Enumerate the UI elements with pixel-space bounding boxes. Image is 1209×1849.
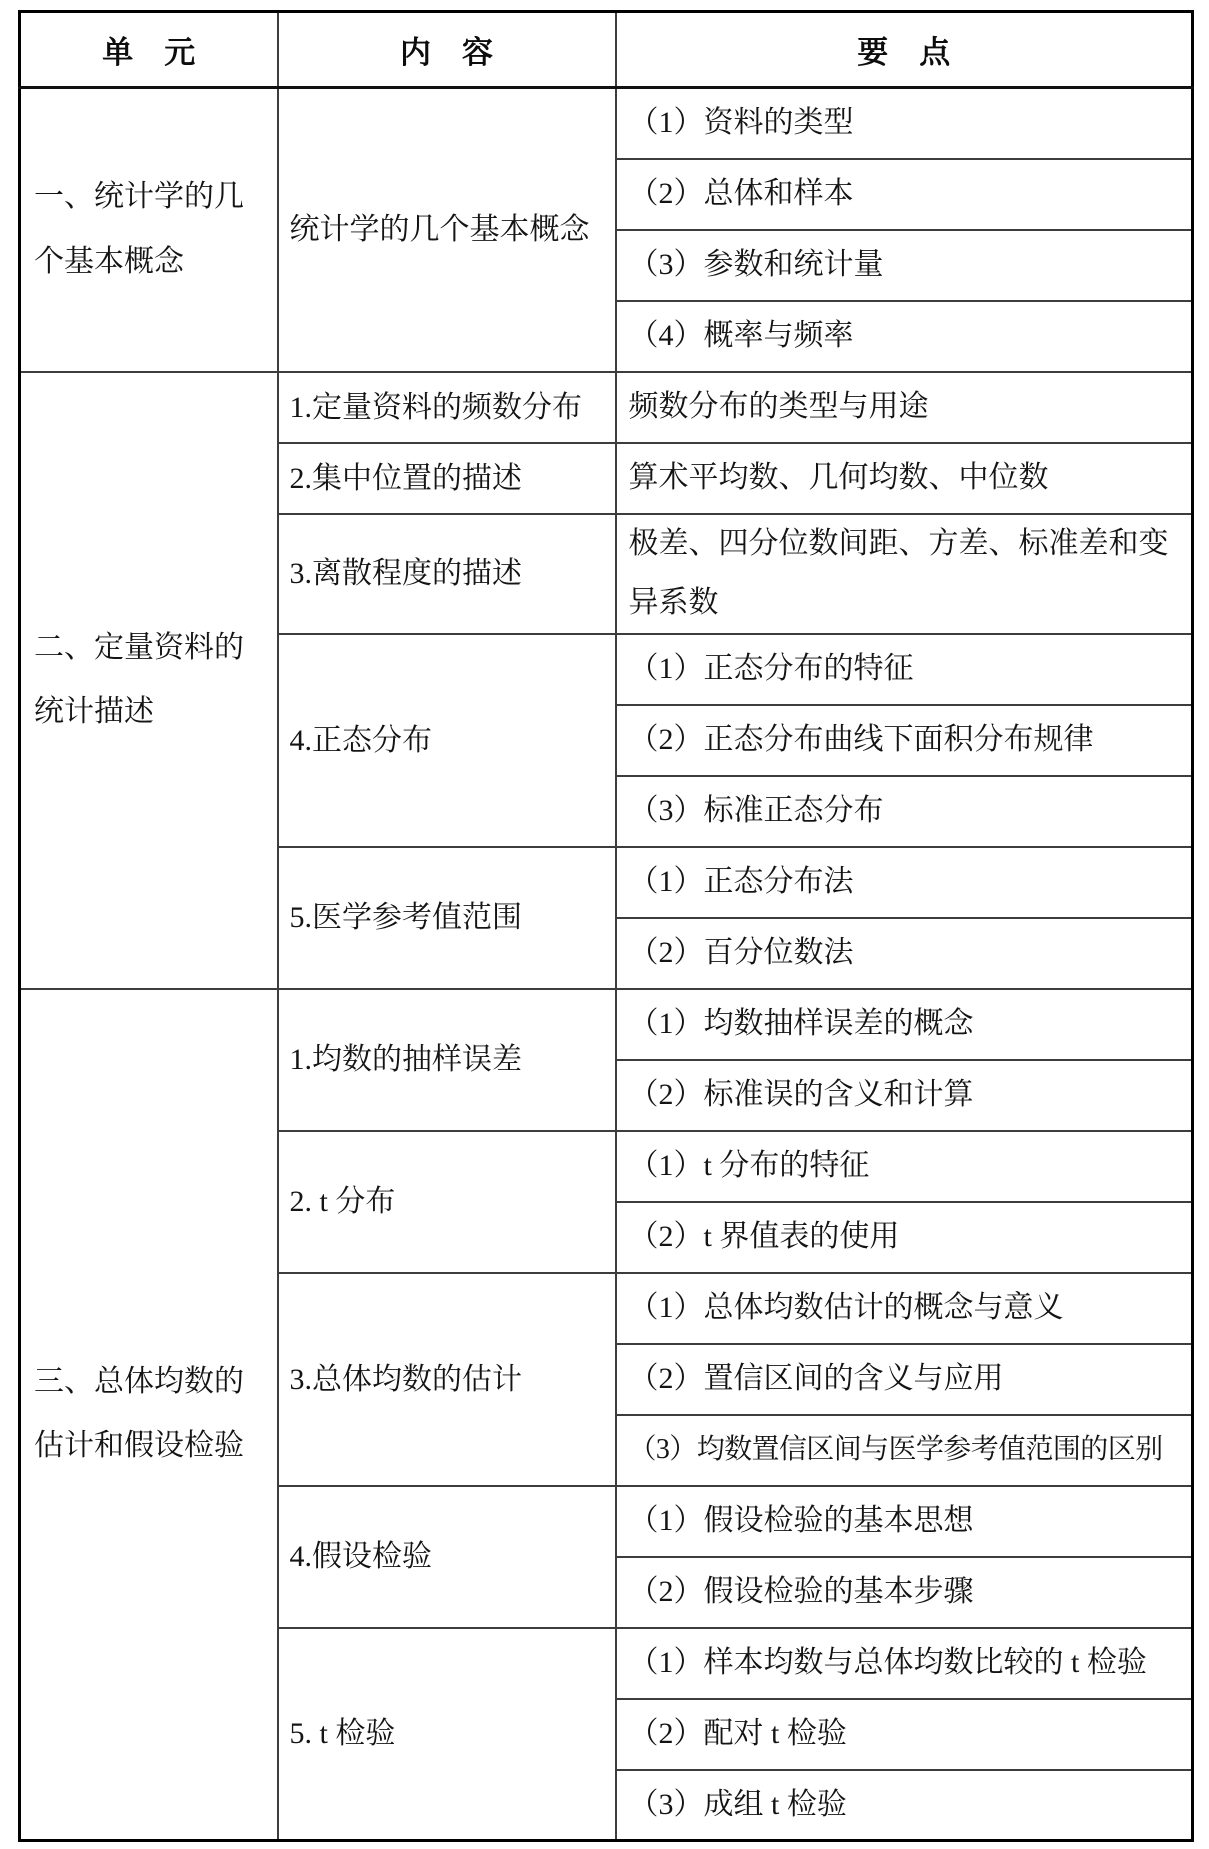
- table-row: 三、总体均数的估计和假设检验 1.均数的抽样误差 （1）均数抽样误差的概念: [20, 989, 1193, 1060]
- point-cell: （1）总体均数估计的概念与意义: [616, 1273, 1193, 1344]
- header-content: 内 容: [278, 12, 616, 88]
- point-cell: 极差、四分位数间距、方差、标准差和变异系数: [616, 514, 1193, 634]
- point-cell: （1）均数抽样误差的概念: [616, 989, 1193, 1060]
- point-cell: （2）百分位数法: [616, 918, 1193, 989]
- point-cell: （2）正态分布曲线下面积分布规律: [616, 705, 1193, 776]
- point-cell: （3）标准正态分布: [616, 776, 1193, 847]
- content-cell: 1.均数的抽样误差: [278, 989, 616, 1131]
- point-cell: （1）正态分布法: [616, 847, 1193, 918]
- point-cell: （2）配对 t 检验: [616, 1699, 1193, 1770]
- content-cell: 4.正态分布: [278, 634, 616, 847]
- content-cell: 5.医学参考值范围: [278, 847, 616, 989]
- point-cell: （2）标准误的含义和计算: [616, 1060, 1193, 1131]
- table-row: 一、统计学的几个基本概念 统计学的几个基本概念 （1）资料的类型: [20, 88, 1193, 159]
- table-row: 二、定量资料的统计描述 1.定量资料的频数分布 频数分布的类型与用途: [20, 372, 1193, 443]
- content-cell: 3.总体均数的估计: [278, 1273, 616, 1486]
- point-cell: （1）假设检验的基本思想: [616, 1486, 1193, 1557]
- point-cell: （2）置信区间的含义与应用: [616, 1344, 1193, 1415]
- content-cell: 统计学的几个基本概念: [278, 88, 616, 372]
- point-cell: （3）参数和统计量: [616, 230, 1193, 301]
- header-unit: 单 元: [20, 12, 278, 88]
- point-cell: （1）正态分布的特征: [616, 634, 1193, 705]
- point-cell: 频数分布的类型与用途: [616, 372, 1193, 443]
- content-cell: 1.定量资料的频数分布: [278, 372, 616, 443]
- point-cell: （2）假设检验的基本步骤: [616, 1557, 1193, 1628]
- unit-cell-1: 一、统计学的几个基本概念: [20, 88, 278, 372]
- point-cell: （2）t 界值表的使用: [616, 1202, 1193, 1273]
- point-cell: （4）概率与频率: [616, 301, 1193, 372]
- content-cell: 2. t 分布: [278, 1131, 616, 1273]
- unit-cell-3: 三、总体均数的估计和假设检验: [20, 989, 278, 1841]
- point-cell: 算术平均数、几何均数、中位数: [616, 443, 1193, 514]
- unit-cell-2: 二、定量资料的统计描述: [20, 372, 278, 989]
- point-cell: （2）总体和样本: [616, 159, 1193, 230]
- content-cell: 2.集中位置的描述: [278, 443, 616, 514]
- point-cell: （1）资料的类型: [616, 88, 1193, 159]
- point-cell: （1）t 分布的特征: [616, 1131, 1193, 1202]
- point-cell: （3）均数置信区间与医学参考值范围的区别: [616, 1415, 1193, 1486]
- header-points: 要 点: [616, 12, 1193, 88]
- content-cell: 4.假设检验: [278, 1486, 616, 1628]
- syllabus-table: 单 元 内 容 要 点 一、统计学的几个基本概念 统计学的几个基本概念 （1）资…: [18, 10, 1194, 1842]
- header-row: 单 元 内 容 要 点: [20, 12, 1193, 88]
- content-cell: 3.离散程度的描述: [278, 514, 616, 634]
- point-cell: （3）成组 t 检验: [616, 1770, 1193, 1841]
- content-cell: 5. t 检验: [278, 1628, 616, 1841]
- point-cell: （1）样本均数与总体均数比较的 t 检验: [616, 1628, 1193, 1699]
